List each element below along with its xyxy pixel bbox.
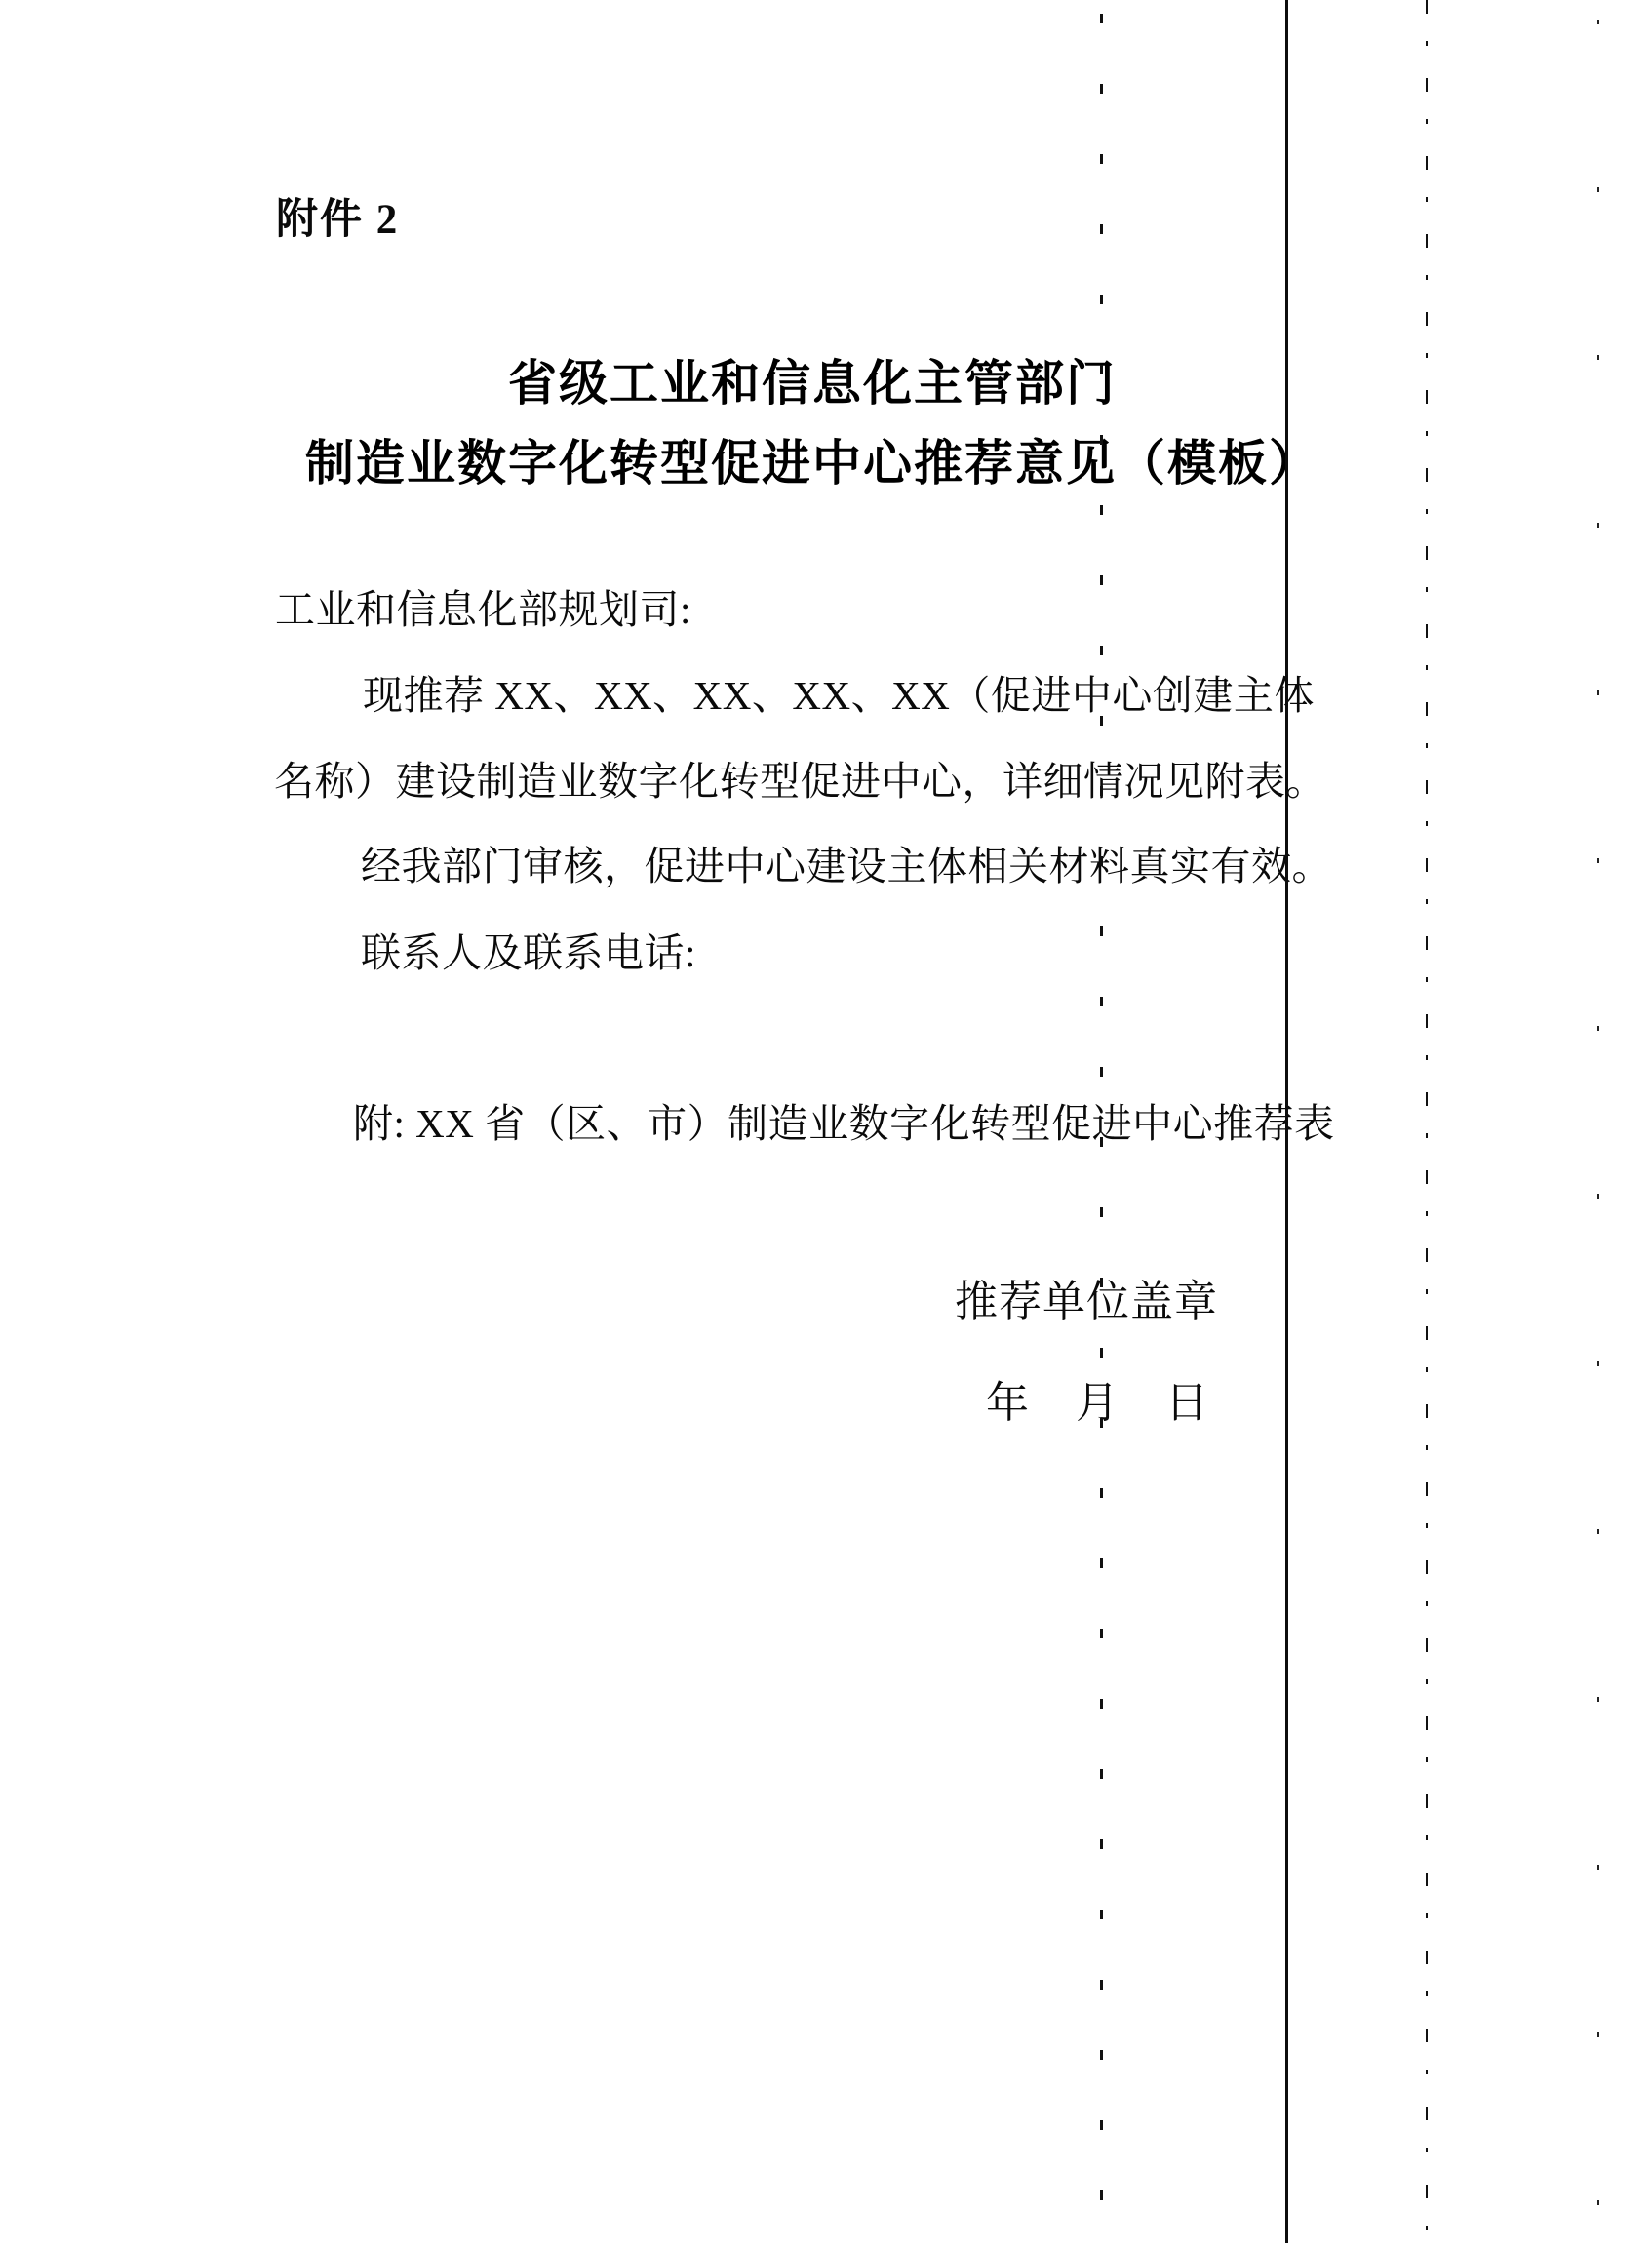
paragraph1-line2: 名称）建设制造业数字化转型促进中心，详细情况见附表。 bbox=[274, 757, 1326, 806]
attachment-number-label: 附件 2 bbox=[276, 195, 399, 246]
paragraph2-line: 经我部门审核，促进中心建设主体相关材料真实有效。 bbox=[361, 842, 1332, 890]
document-title-line2: 制造业数字化转型促进中心推荐意见（模板） bbox=[273, 423, 1352, 503]
salutation-line: 工业和信息化部规划司: bbox=[275, 585, 691, 634]
date-line: 年 月 日 bbox=[986, 1367, 1210, 1430]
document-title-line1: 省级工业和信息化主管部门 bbox=[273, 343, 1352, 423]
scan-artifact-solid-line bbox=[1285, 0, 1288, 2243]
contact-line: 联系人及联系电话: bbox=[361, 928, 696, 977]
document-title: 省级工业和信息化主管部门 制造业数字化转型促进中心推荐意见（模板） bbox=[273, 343, 1352, 503]
scan-artifact-dashdot-line bbox=[1426, 0, 1428, 2247]
scanned-document-page: 附件 2 省级工业和信息化主管部门 制造业数字化转型促进中心推荐意见（模板） 工… bbox=[0, 0, 1652, 2247]
paragraph1-line1: 现推荐 XX、XX、XX、XX、XX（促进中心创建主体 bbox=[363, 671, 1315, 720]
stamp-line: 推荐单位盖章 bbox=[955, 1266, 1218, 1328]
scan-artifact-dots-line bbox=[1597, 0, 1599, 2247]
scan-artifact-dotted-line bbox=[1100, 0, 1103, 2247]
attachment-note-line: 附: XX 省（区、市）制造业数字化转型促进中心推荐表 bbox=[353, 1099, 1335, 1148]
